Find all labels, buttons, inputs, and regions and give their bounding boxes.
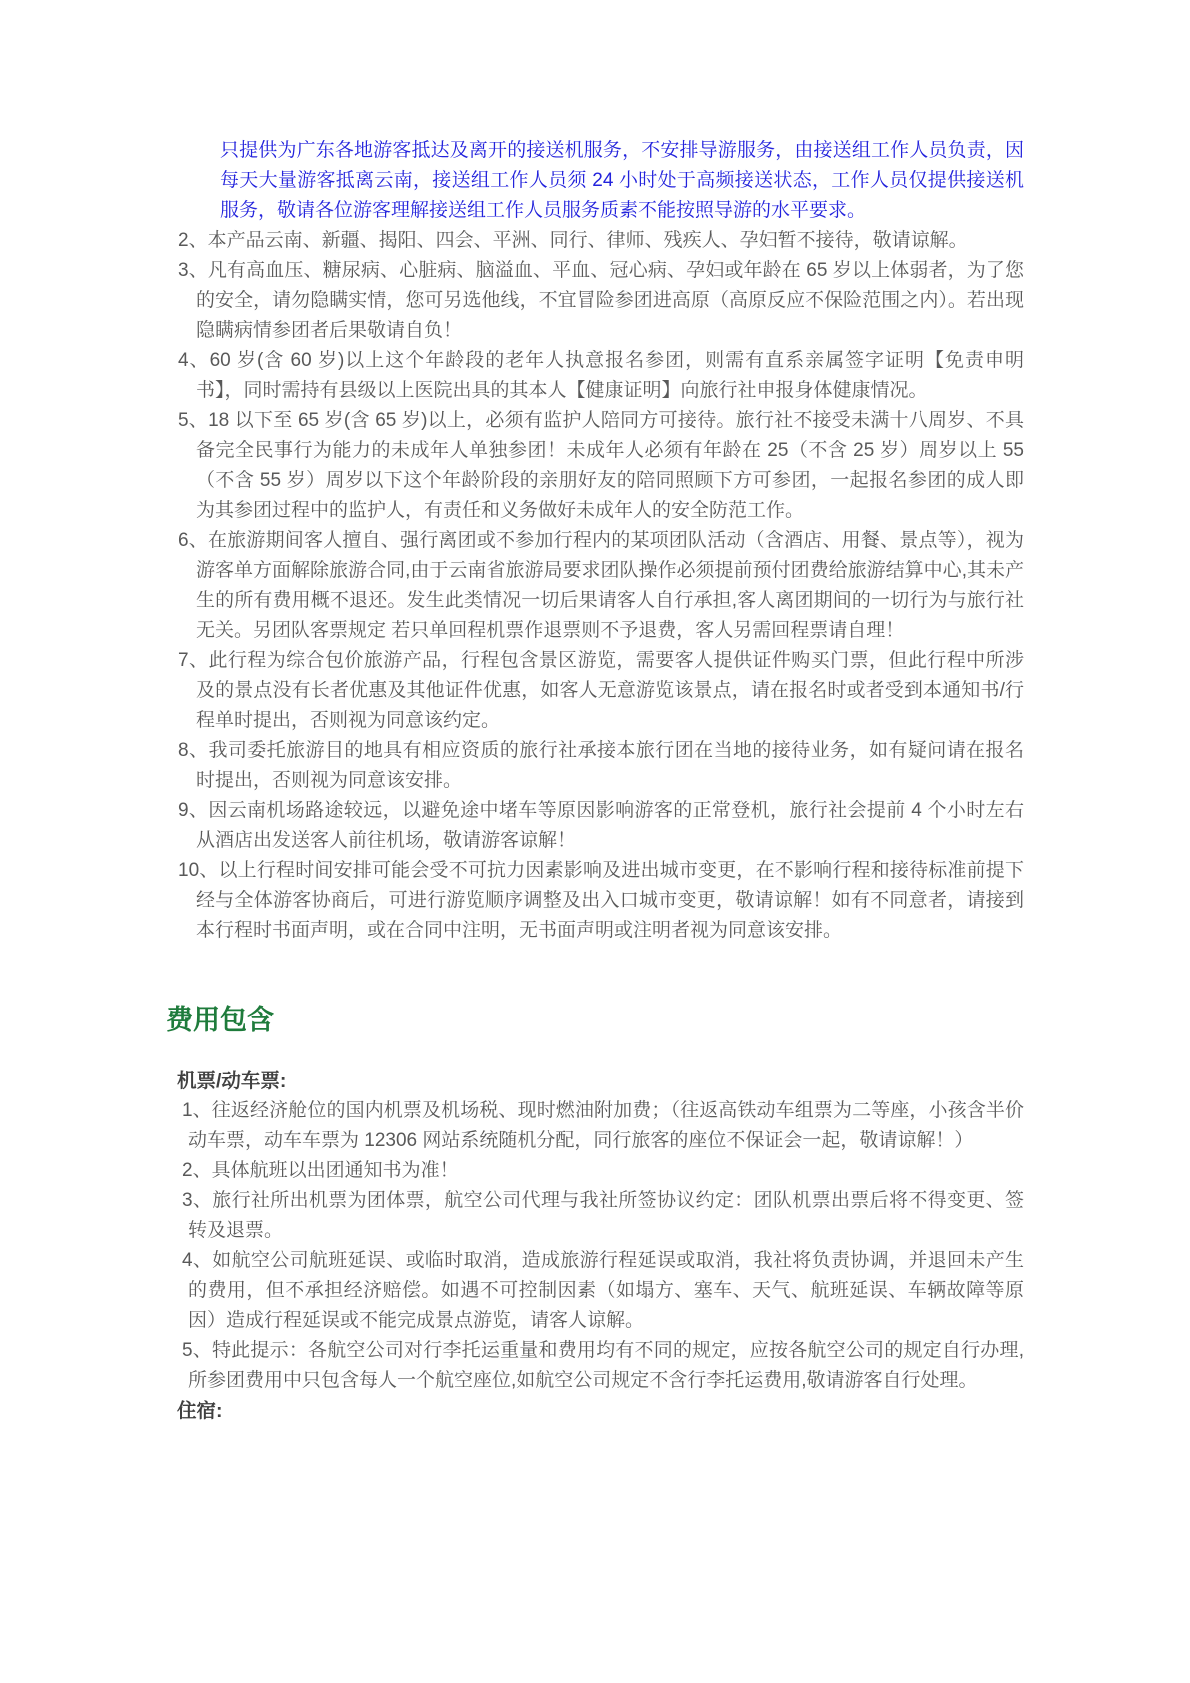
- item-text: 60 岁(含 60 岁)以上这个年龄段的老年人执意报名参团，则需有直系亲属签字证…: [196, 350, 1024, 401]
- item-text: 本产品云南、新疆、揭阳、四会、平洲、同行、律师、残疾人、孕妇暂不接待，敬请谅解。: [208, 230, 968, 251]
- notice-item: 4、60 岁(含 60 岁)以上这个年龄段的老年人执意报名参团，则需有直系亲属签…: [178, 346, 1024, 406]
- item-number: 4、: [178, 350, 210, 371]
- flight-ticket-label: 机票/动车票:: [177, 1066, 1024, 1096]
- notice-highlight-paragraph: 只提供为广东各地游客抵达及离开的接送机服务，不安排导游服务，由接送组工作人员负责…: [220, 136, 1024, 226]
- item-number: 9、: [178, 800, 208, 821]
- notice-item: 6、在旅游期间客人擅自、强行离团或不参加行程内的某项团队活动（含酒店、用餐、景点…: [178, 526, 1024, 646]
- item-number: 10、: [178, 860, 219, 881]
- item-text: 此行程为综合包价旅游产品，行程包含景区游览，需要客人提供证件购买门票，但此行程中…: [196, 650, 1024, 731]
- flight-item: 5、特此提示：各航空公司对行李托运重量和费用均有不同的规定，应按各航空公司的规定…: [182, 1336, 1024, 1396]
- notice-item: 10、以上行程时间安排可能会受不可抗力因素影响及进出城市变更，在不影响行程和接待…: [178, 856, 1024, 946]
- item-number: 7、: [178, 650, 208, 671]
- item-text: 以上行程时间安排可能会受不可抗力因素影响及进出城市变更，在不影响行程和接待标准前…: [196, 860, 1024, 941]
- item-number: 2、: [178, 230, 208, 251]
- item-number: 2、: [182, 1160, 212, 1181]
- item-text: 具体航班以出团通知书为准！: [212, 1160, 459, 1181]
- flight-item: 3、旅行社所出机票为团体票，航空公司代理与我社所签协议约定：团队机票出票后将不得…: [182, 1186, 1024, 1246]
- item-number: 4、: [182, 1250, 212, 1271]
- item-text: 特此提示：各航空公司对行李托运重量和费用均有不同的规定，应按各航空公司的规定自行…: [188, 1340, 1024, 1391]
- fees-included-heading: 费用包含: [166, 1002, 1024, 1038]
- item-text: 18 以下至 65 岁(含 65 岁)以上，必须有监护人陪同方可接待。旅行社不接…: [196, 410, 1024, 521]
- item-number: 8、: [178, 740, 208, 761]
- item-text: 在旅游期间客人擅自、强行离团或不参加行程内的某项团队活动（含酒店、用餐、景点等）…: [196, 530, 1024, 641]
- notice-item: 9、因云南机场路途较远，以避免途中堵车等原因影响游客的正常登机，旅行社会提前 4…: [178, 796, 1024, 856]
- notice-item: 3、凡有高血压、糖尿病、心脏病、脑溢血、平血、冠心病、孕妇或年龄在 65 岁以上…: [178, 256, 1024, 346]
- accommodation-label: 住宿:: [177, 1396, 1024, 1426]
- flight-item: 2、具体航班以出团通知书为准！: [182, 1156, 1024, 1186]
- notice-list: 2、本产品云南、新疆、揭阳、四会、平洲、同行、律师、残疾人、孕妇暂不接待，敬请谅…: [178, 226, 1024, 946]
- item-number: 5、: [178, 410, 208, 431]
- tour-terms-document: 只提供为广东各地游客抵达及离开的接送机服务，不安排导游服务，由接送组工作人员负责…: [0, 0, 1190, 1683]
- item-number: 3、: [178, 260, 208, 281]
- flight-ticket-list: 1、往返经济舱位的国内机票及机场税、现时燃油附加费；（往返高铁动车组票为二等座，…: [182, 1096, 1024, 1396]
- item-text: 往返经济舱位的国内机票及机场税、现时燃油附加费；（往返高铁动车组票为二等座，小孩…: [188, 1100, 1024, 1151]
- item-text: 我司委托旅游目的地具有相应资质的旅行社承接本旅行团在当地的接待业务，如有疑问请在…: [196, 740, 1024, 791]
- flight-item: 4、如航空公司航班延误、或临时取消，造成旅游行程延误或取消，我社将负责协调，并退…: [182, 1246, 1024, 1336]
- item-number: 6、: [178, 530, 208, 551]
- notice-item: 7、此行程为综合包价旅游产品，行程包含景区游览，需要客人提供证件购买门票，但此行…: [178, 646, 1024, 736]
- notice-item: 5、18 以下至 65 岁(含 65 岁)以上，必须有监护人陪同方可接待。旅行社…: [178, 406, 1024, 526]
- item-number: 5、: [182, 1340, 212, 1361]
- item-text: 旅行社所出机票为团体票，航空公司代理与我社所签协议约定：团队机票出票后将不得变更…: [188, 1190, 1024, 1241]
- flight-item: 1、往返经济舱位的国内机票及机场税、现时燃油附加费；（往返高铁动车组票为二等座，…: [182, 1096, 1024, 1156]
- item-text: 因云南机场路途较远，以避免途中堵车等原因影响游客的正常登机，旅行社会提前 4 个…: [196, 800, 1024, 851]
- item-text: 如航空公司航班延误、或临时取消，造成旅游行程延误或取消，我社将负责协调，并退回未…: [188, 1250, 1024, 1331]
- notice-item: 2、本产品云南、新疆、揭阳、四会、平洲、同行、律师、残疾人、孕妇暂不接待，敬请谅…: [178, 226, 1024, 256]
- item-number: 1、: [182, 1100, 212, 1121]
- item-text: 凡有高血压、糖尿病、心脏病、脑溢血、平血、冠心病、孕妇或年龄在 65 岁以上体弱…: [196, 260, 1024, 341]
- item-number: 3、: [182, 1190, 212, 1211]
- notice-item: 8、我司委托旅游目的地具有相应资质的旅行社承接本旅行团在当地的接待业务，如有疑问…: [178, 736, 1024, 796]
